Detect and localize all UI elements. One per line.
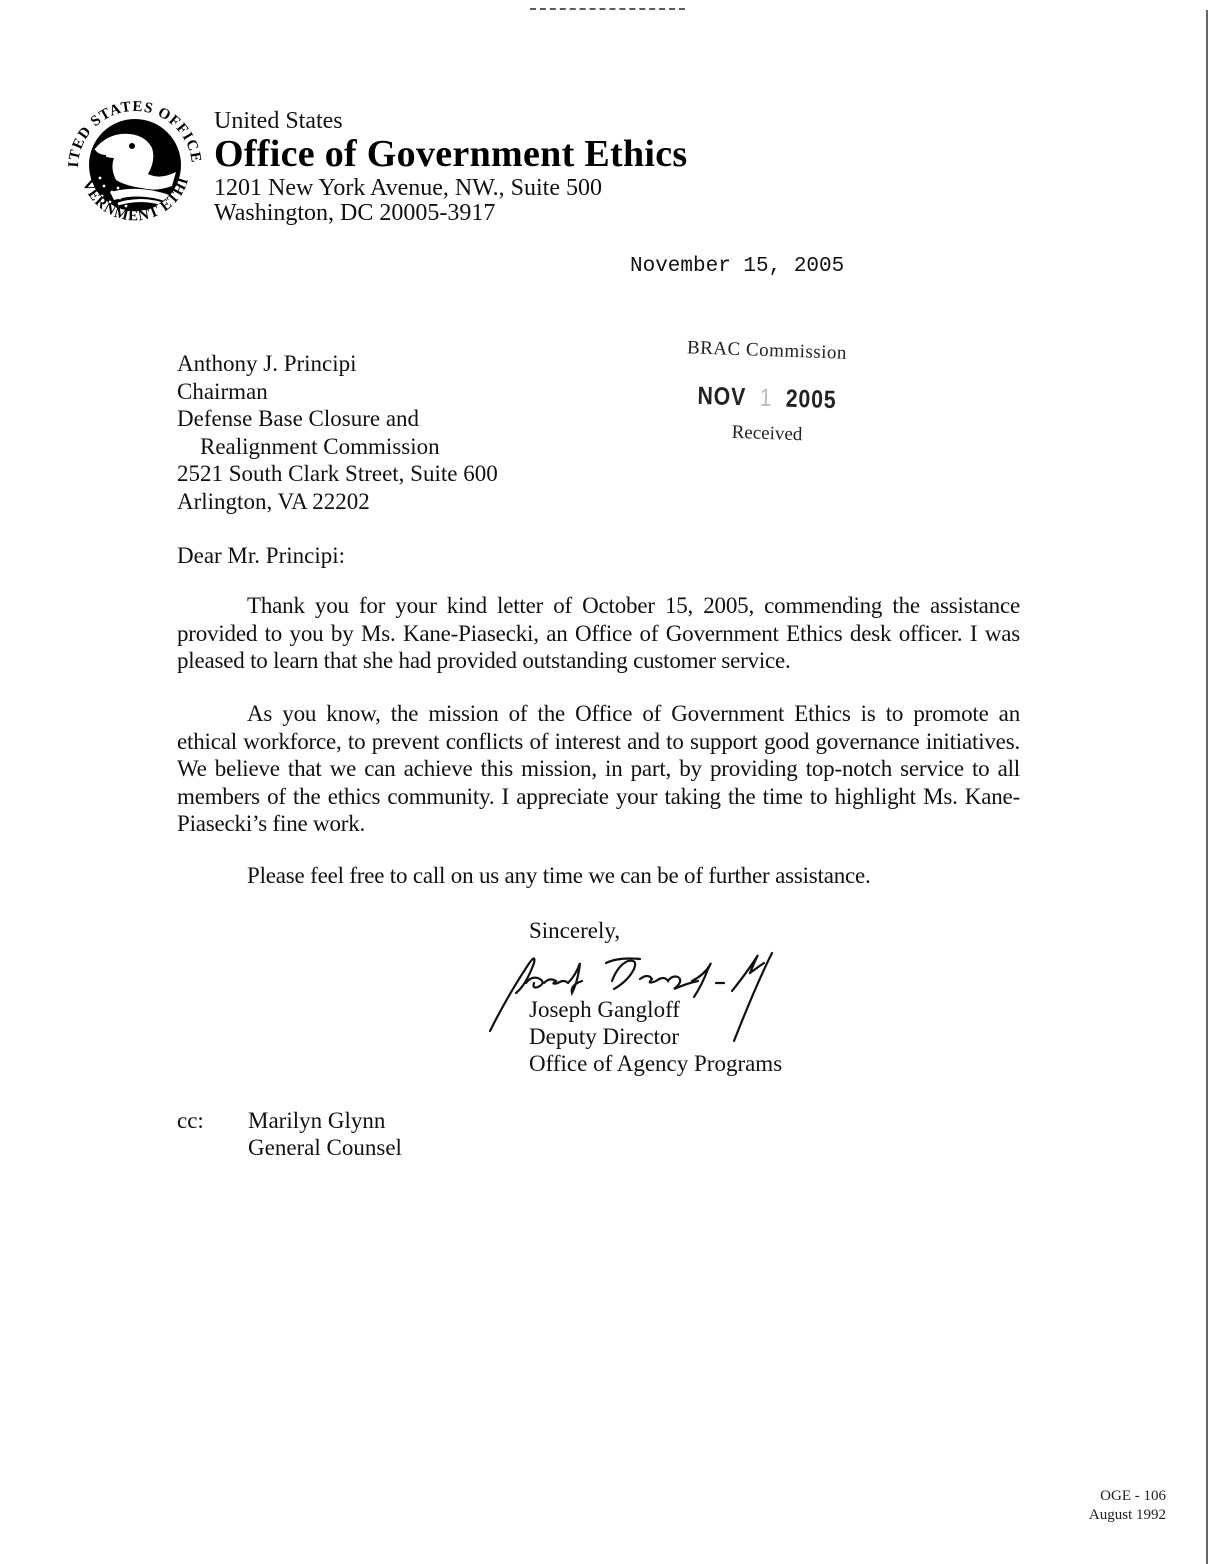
recipient-street: 2521 South Clark Street, Suite 600 [177, 460, 498, 488]
signer-name: Joseph Gangloff [529, 996, 782, 1023]
stamp-day: 1 [759, 384, 772, 412]
scan-artifact-dashes [530, 8, 685, 13]
received-stamp: BRAC Commission NOV 1 2005 Received [672, 340, 862, 445]
stamp-month: NOV [697, 382, 746, 411]
signer-title: Deputy Director [529, 1023, 782, 1050]
recipient-org-line-1: Defense Base Closure and [177, 405, 498, 433]
paragraph-text: Please feel free to call on us any time … [177, 862, 1020, 890]
form-identifier: OGE - 106 August 1992 [1060, 1487, 1166, 1525]
recipient-title: Chairman [177, 378, 498, 406]
letterhead-country: United States [214, 108, 688, 134]
form-number: OGE - 106 [1060, 1487, 1166, 1506]
recipient-name: Anthony J. Principi [177, 350, 498, 378]
salutation: Dear Mr. Principi: [177, 543, 345, 569]
body-paragraph-3: Please feel free to call on us any time … [177, 862, 1020, 890]
page-edge-line [1206, 10, 1208, 1564]
signer-block: Joseph Gangloff Deputy Director Office o… [529, 996, 782, 1077]
letterhead-agency-name: Office of Government Ethics [214, 132, 688, 176]
recipient-org-line-2: Realignment Commission [177, 433, 498, 461]
stamp-organization: BRAC Commission [672, 337, 863, 366]
paragraph-text: As you know, the mission of the Office o… [177, 700, 1020, 838]
body-paragraph-2: As you know, the mission of the Office o… [177, 700, 1020, 838]
stamp-year: 2005 [786, 385, 837, 415]
closing: Sincerely, [529, 918, 620, 944]
letterhead: United States Office of Government Ethic… [214, 108, 688, 226]
cc-name: Marilyn Glynn [248, 1107, 402, 1134]
paragraph-text: Thank you for your kind letter of Octobe… [177, 592, 1020, 675]
cc-label: cc: [177, 1107, 204, 1134]
stamp-date: NOV 1 2005 [686, 382, 848, 416]
letterhead-address-line-2: Washington, DC 20005-3917 [214, 201, 688, 226]
body-paragraph-1: Thank you for your kind letter of Octobe… [177, 592, 1020, 675]
signer-office: Office of Agency Programs [529, 1050, 782, 1077]
stamp-received-label: Received [672, 420, 863, 449]
form-date: August 1992 [1060, 1506, 1166, 1525]
letterhead-address-line-1: 1201 New York Avenue, NW., Suite 500 [214, 176, 688, 201]
cc-title: General Counsel [248, 1134, 402, 1161]
letter-date: November 15, 2005 [630, 255, 844, 278]
recipient-city: Arlington, VA 22202 [177, 488, 498, 516]
oge-seal-icon: UNITED STATES OFFICE OF GOVERNMENT ETHIC… [60, 88, 210, 238]
letter-page: UNITED STATES OFFICE OF GOVERNMENT ETHIC… [0, 0, 1220, 1564]
recipient-address: Anthony J. Principi Chairman Defense Bas… [177, 350, 498, 515]
